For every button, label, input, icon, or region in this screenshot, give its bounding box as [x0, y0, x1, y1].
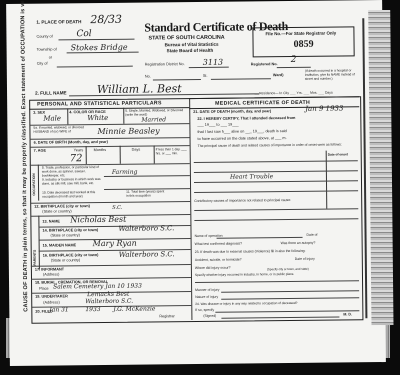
registered-no-label: Registered No.: [251, 62, 278, 66]
full-name-label: 2. FULL NAME: [35, 90, 67, 95]
md-label: M. D.: [343, 312, 352, 316]
filed-year: 1933: [85, 306, 100, 313]
township-label: Township of: [37, 47, 57, 51]
age-days-label: Days: [132, 148, 141, 152]
father-birthplace-value: Walterboro S.C.: [118, 224, 174, 233]
death-certificate: CAUSE OF DEATH in plain terms, so that i…: [6, 0, 386, 366]
registration-district-label: Registration District No.: [145, 62, 185, 66]
birthplace-label: 12. BIRTHPLACE (city or town): [34, 204, 90, 209]
scan-edge-right: [368, 10, 393, 325]
occupation-side-label: OCCUPATION: [32, 173, 36, 195]
no-label: No.: [145, 74, 151, 78]
accident-label: Accident, suicide, or homicide?: [195, 258, 242, 262]
file-number-label: File No.—For State Registrar Only: [265, 31, 336, 37]
father-name-value: Nicholas Best: [70, 215, 126, 225]
residence-label: Residence— In City ___ Yrs. ___ Mos. ___…: [259, 91, 333, 96]
date-of-death-label: 21. DATE OF DEATH (month, day, and year): [193, 109, 271, 114]
nature-label: Nature of injury: [195, 295, 218, 299]
registrar-label: Registrar: [159, 314, 174, 318]
full-name-value: William L. Best: [97, 82, 182, 96]
place-of-death-label: 1. PLACE OF DEATH: [36, 19, 81, 24]
undertaker-address-label: (Address): [43, 300, 60, 304]
spouse-value: Minnie Beasley: [97, 126, 159, 136]
or-label: or: [49, 56, 52, 60]
total-time-label: 11. Total time (years) spent in this occ…: [126, 190, 166, 198]
if-less-label: If less than 1 day, ___ hrs. or ___ min.: [156, 147, 188, 155]
age-years-label: Years: [74, 148, 84, 152]
sex-value: Male: [43, 114, 61, 122]
color-value: White: [87, 114, 108, 122]
date-of-onset-label: Date of onset: [328, 152, 348, 156]
border-line: [362, 18, 367, 318]
birth-date-label: 6. DATE OF BIRTH (Month, day, and year): [34, 140, 108, 145]
registrar-signature: J.G. McKenzie: [113, 305, 155, 312]
mother-maiden-value: Mary Ryan: [93, 239, 137, 248]
spouse-label: 5a. If married, widowed, or divorced HUS…: [33, 126, 89, 134]
mother-birthplace-label: 16. BIRTHPLACE (city or town): [43, 253, 99, 258]
county-label: County of: [36, 34, 52, 38]
signed-label: (Signed): [203, 314, 216, 318]
file-number: 0859: [293, 39, 313, 50]
file-number-box: File No.—For State Registrar Only 0859: [252, 26, 354, 57]
st-label: St.: [203, 74, 208, 78]
place-of-death-value: 28/33: [90, 13, 122, 26]
ward-label: Ward): [273, 73, 284, 77]
registration-district-value: 3113: [203, 58, 223, 67]
bureau-label: Bureau of Vital Statistics: [165, 42, 219, 48]
undertaker-address-value: Walterboro S.C.: [85, 298, 133, 306]
hospital-note: (If death occurred in a hospital or inst…: [305, 68, 355, 81]
date-of-label: Date of: [307, 233, 318, 237]
birthplace-value: S.C.: [112, 205, 122, 211]
birthplace-sub: (State or country): [42, 209, 71, 213]
margin-instructions: CAUSE OF DEATH in plain terms, so that i…: [8, 12, 31, 312]
county-value: Col: [76, 29, 91, 39]
burial-place-label: Place: [39, 287, 49, 291]
age-months-label: Months: [94, 148, 106, 152]
mother-birthplace-value: Walterboro S.C.: [119, 250, 175, 259]
mother-maiden-label: 15. MAIDEN NAME: [43, 243, 77, 247]
industry-label: 9. Industry or business in which work wa…: [42, 178, 102, 186]
age-label: 7. AGE: [34, 149, 46, 153]
board-label: State Board of Health: [167, 48, 214, 53]
attended-dates: ___ 19___ to ___ 19___: [197, 123, 238, 127]
if-so-label: If so, specify: [195, 308, 214, 312]
last-worked-label: 10. Date deceased last worked at this oc…: [42, 191, 102, 199]
father-name-label: 13. NAME: [42, 219, 60, 223]
registered-no-value: 2: [291, 55, 297, 65]
filed-value: Jan 31: [49, 306, 68, 313]
date-of-injury-label: Date of injury: [295, 257, 315, 261]
state-label: STATE OF SOUTH CAROLINA: [148, 35, 224, 42]
mother-birthplace-sub: (State or country): [51, 258, 80, 262]
parents-side-label: PARENTS: [33, 250, 37, 266]
autopsy-label: Was there an autopsy?: [281, 241, 316, 245]
father-birthplace-label: 14. BIRTHPLACE (city or town): [42, 228, 98, 233]
informant-label: 17. INFORMANT: [35, 267, 64, 271]
manner-label: Manner of injury: [195, 288, 219, 292]
city-label: City of: [37, 62, 48, 66]
cause-value: Heart Trouble: [230, 173, 273, 180]
burial-value: Salem Cemetery Jan 10 1933: [53, 283, 142, 291]
age-value: 72: [70, 153, 83, 164]
township-value: Stokes Bridge: [71, 43, 128, 53]
informant-address-label: (Address): [43, 272, 60, 276]
father-birthplace-sub: (State or country): [51, 233, 80, 237]
medical-section-title: MEDICAL CERTIFICATE OF DEATH: [215, 100, 310, 107]
undertaker-label: 19. UNDERTAKER: [35, 294, 68, 298]
specify-place-label: (Specify city or town, and state): [267, 267, 309, 271]
date-of-death-value: Jan 9 1933: [305, 104, 343, 112]
where-injury-label: Where did injury occur?: [195, 266, 231, 270]
diagnosis-label: What test confirmed diagnosis?: [195, 242, 242, 246]
